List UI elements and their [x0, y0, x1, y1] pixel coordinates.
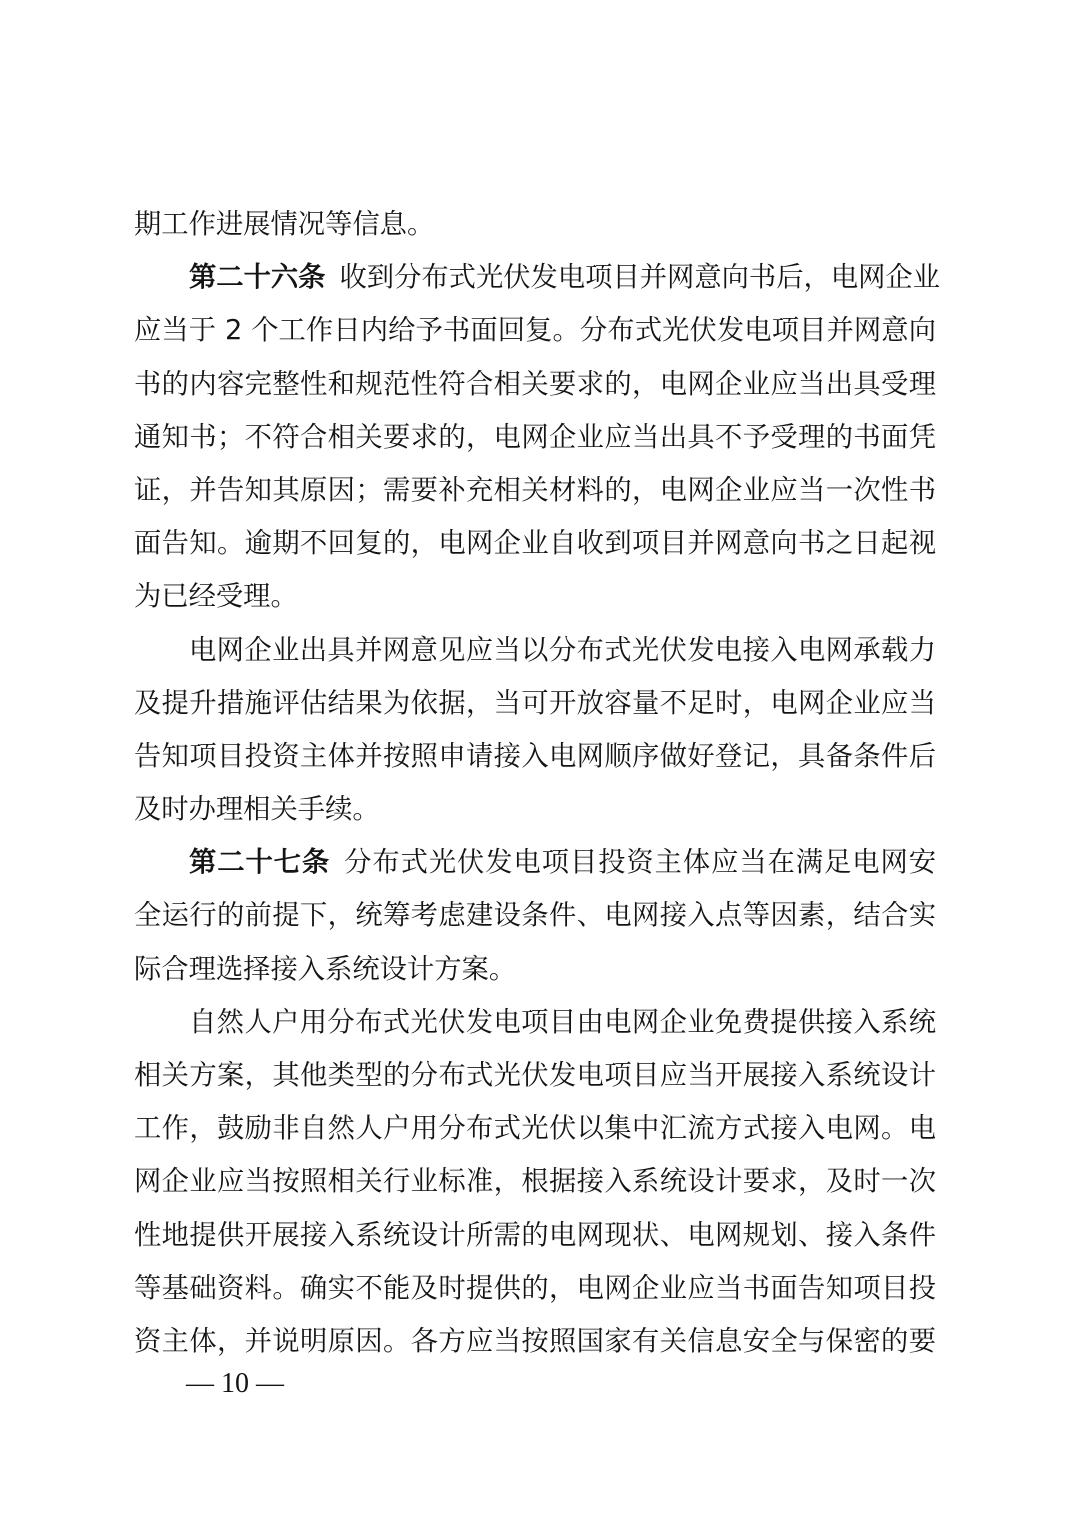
line-text: 相关方案，其他类型的分布式光伏发电项目应当开展接入系统设计 — [134, 1060, 936, 1091]
text-line: 面告知。逾期不回复的，电网企业自收到项目并网意向书之日起视 — [134, 517, 936, 570]
text-line: 告知项目投资主体并按照申请接入电网顺序做好登记，具备条件后 — [134, 730, 936, 783]
line-text: 为已经受理。 — [134, 581, 298, 612]
article-number: 第二十七条 — [189, 847, 330, 878]
paragraph-start-line: 自然人户用分布式光伏发电项目由电网企业免费提供接入系统 — [134, 996, 936, 1049]
text-line: 通知书；不符合相关要求的，电网企业应当出具不予受理的书面凭 — [134, 411, 936, 464]
line-text: 应当于 2 个工作日内给予书面回复。分布式光伏发电项目并网意向 — [134, 315, 936, 346]
text-line: 相关方案，其他类型的分布式光伏发电项目应当开展接入系统设计 — [134, 1049, 936, 1102]
text-line: 网企业应当按照相关行业标准，根据接入系统设计要求，及时一次 — [134, 1155, 936, 1208]
line-text: 证，并告知其原因；需要补充相关材料的，电网企业应当一次性书 — [134, 475, 936, 506]
text-line: 及提升措施评估结果为依据，当可开放容量不足时，电网企业应当 — [134, 677, 936, 730]
line-text: 及时办理相关手续。 — [134, 794, 380, 825]
text-line: 等基础资料。确实不能及时提供的，电网企业应当书面告知项目投 — [134, 1262, 936, 1315]
line-text: 通知书；不符合相关要求的，电网企业应当出具不予受理的书面凭 — [134, 422, 936, 453]
text-line: 应当于 2 个工作日内给予书面回复。分布式光伏发电项目并网意向 — [134, 304, 936, 357]
line-text: 面告知。逾期不回复的，电网企业自收到项目并网意向书之日起视 — [134, 528, 936, 559]
line-text: 分布式光伏发电项目投资主体应当在满足电网安 — [344, 847, 936, 878]
text-line: 资主体，并说明原因。各方应当按照国家有关信息安全与保密的要 — [134, 1315, 936, 1368]
document-body: 期工作进展情况等信息。 第二十六条收到分布式光伏发电项目并网意向书后，电网企业 … — [134, 198, 936, 1368]
line-text: 告知项目投资主体并按照申请接入电网顺序做好登记，具备条件后 — [134, 741, 936, 772]
line-text: 等基础资料。确实不能及时提供的，电网企业应当书面告知项目投 — [134, 1273, 936, 1304]
text-line: 书的内容完整性和规范性符合相关要求的，电网企业应当出具受理 — [134, 358, 936, 411]
line-text: 自然人户用分布式光伏发电项目由电网企业免费提供接入系统 — [189, 1007, 936, 1038]
article-27-heading-line: 第二十七条分布式光伏发电项目投资主体应当在满足电网安 — [134, 836, 936, 889]
line-text: 电网企业出具并网意见应当以分布式光伏发电接入电网承载力 — [189, 635, 936, 666]
line-text: 全运行的前提下，统筹考虑建设条件、电网接入点等因素，结合实 — [134, 900, 936, 931]
line-text: 网企业应当按照相关行业标准，根据接入系统设计要求，及时一次 — [134, 1166, 936, 1197]
line-text: 期工作进展情况等信息。 — [134, 209, 434, 240]
text-line: 性地提供开展接入系统设计所需的电网现状、电网规划、接入条件 — [134, 1209, 936, 1262]
text-line: 为已经受理。 — [134, 570, 936, 623]
line-text: 工作，鼓励非自然人户用分布式光伏以集中汇流方式接入电网。电 — [134, 1113, 936, 1144]
text-line: 工作，鼓励非自然人户用分布式光伏以集中汇流方式接入电网。电 — [134, 1102, 936, 1155]
line-text: 资主体，并说明原因。各方应当按照国家有关信息安全与保密的要 — [134, 1326, 936, 1357]
line-text: 际合理选择接入系统设计方案。 — [134, 954, 516, 985]
page-number: — 10 — — [186, 1366, 284, 1402]
text-line: 全运行的前提下，统筹考虑建设条件、电网接入点等因素，结合实 — [134, 889, 936, 942]
paragraph-start-line: 电网企业出具并网意见应当以分布式光伏发电接入电网承载力 — [134, 624, 936, 677]
article-number: 第二十六条 — [189, 262, 325, 293]
line-text: 性地提供开展接入系统设计所需的电网现状、电网规划、接入条件 — [134, 1220, 936, 1251]
line-text: 及提升措施评估结果为依据，当可开放容量不足时，电网企业应当 — [134, 688, 936, 719]
text-line: 期工作进展情况等信息。 — [134, 198, 936, 251]
text-line: 证，并告知其原因；需要补充相关材料的，电网企业应当一次性书 — [134, 464, 936, 517]
text-line: 际合理选择接入系统设计方案。 — [134, 943, 936, 996]
line-text: 书的内容完整性和规范性符合相关要求的，电网企业应当出具受理 — [134, 369, 936, 400]
line-text: 收到分布式光伏发电项目并网意向书后，电网企业 — [339, 262, 940, 293]
article-26-heading-line: 第二十六条收到分布式光伏发电项目并网意向书后，电网企业 — [134, 251, 936, 304]
document-page: 期工作进展情况等信息。 第二十六条收到分布式光伏发电项目并网意向书后，电网企业 … — [0, 0, 1080, 1527]
text-line: 及时办理相关手续。 — [134, 783, 936, 836]
